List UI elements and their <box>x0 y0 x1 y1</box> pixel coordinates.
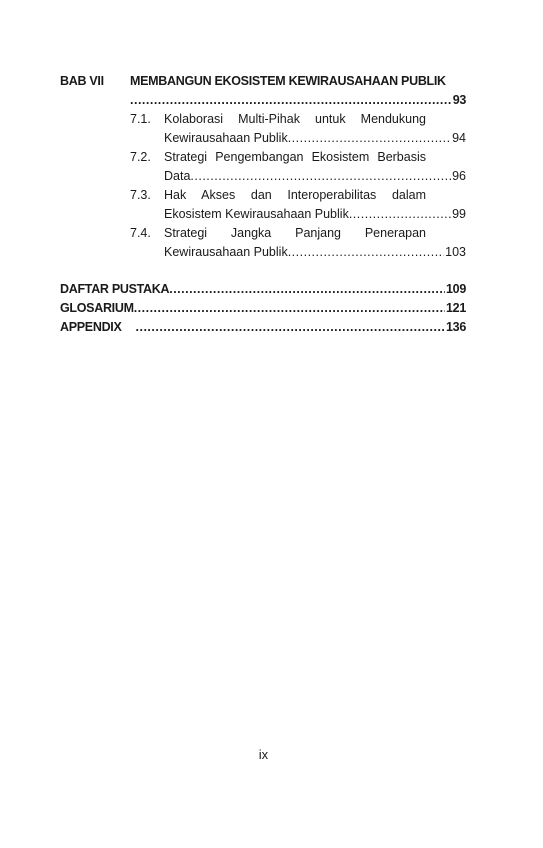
chapter-label: BAB VII <box>60 72 104 91</box>
section-title-line2: Kewirausahaan Publik <box>164 243 288 262</box>
dot-leader <box>288 243 444 262</box>
section-entry-7-3-cont: Ekosistem Kewirausahaan Publik 99 <box>60 205 466 224</box>
section-entry-7-1-cont: Kewirausahaan Publik 94 <box>60 129 466 148</box>
section-page: 103 <box>444 243 466 262</box>
chapter-title: MEMBANGUN EKOSISTEM KEWIRAUSAHAAN PUBLIK <box>130 72 446 91</box>
section-title-line1: Hak Akses dan Interoperabilitas dalam <box>164 186 426 205</box>
dot-leader <box>136 318 446 337</box>
dot-leader <box>349 205 451 224</box>
back-matter-page: 121 <box>445 299 466 318</box>
back-matter-label: GLOSARIUM <box>60 299 134 318</box>
section-title-line1: Strategi Pengembangan Ekosistem Berbasis <box>164 148 426 167</box>
dot-leader <box>288 129 451 148</box>
section-entry-7-2: 7.2. Strategi Pengembangan Ekosistem Ber… <box>60 148 466 167</box>
section-title-line2: Data <box>164 167 190 186</box>
section-title-line2: Ekosistem Kewirausahaan Publik <box>164 205 349 224</box>
chapter-leader: 93 <box>130 91 466 110</box>
section-number: 7.2. <box>130 148 151 167</box>
section-number: 7.4. <box>130 224 151 243</box>
back-matter-label: DAFTAR PUSTAKA <box>60 280 169 299</box>
chapter-leader-row: 93 <box>60 91 466 110</box>
dot-leader <box>134 299 445 318</box>
section-number: 7.3. <box>130 186 151 205</box>
section-entry-7-4-cont: Kewirausahaan Publik 103 <box>60 243 466 262</box>
section-entry-7-4: 7.4. Strategi Jangka Panjang Penerapan <box>60 224 466 243</box>
back-matter-label: APPENDIX <box>60 318 122 337</box>
section-title-line1: Kolaborasi Multi-Pihak untuk Mendukung <box>164 110 426 129</box>
section-page: 96 <box>451 167 466 186</box>
table-of-contents: BAB VII MEMBANGUN EKOSISTEM KEWIRAUSAHAA… <box>60 72 466 337</box>
spacer <box>60 262 466 280</box>
section-entry-7-2-cont: Data 96 <box>60 167 466 186</box>
back-matter-entry-daftar-pustaka: DAFTAR PUSTAKA 109 <box>60 280 466 299</box>
dot-leader <box>130 91 452 110</box>
section-page: 99 <box>451 205 466 224</box>
page-number: ix <box>0 747 527 762</box>
back-matter-entry-appendix: APPENDIX 136 <box>60 318 466 337</box>
dot-leader <box>190 167 451 186</box>
back-matter-page: 109 <box>445 280 466 299</box>
chapter-page: 93 <box>452 91 466 110</box>
section-title-line2: Kewirausahaan Publik <box>164 129 288 148</box>
back-matter-entry-glosarium: GLOSARIUM 121 <box>60 299 466 318</box>
back-matter-page: 136 <box>445 318 466 337</box>
section-page: 94 <box>451 129 466 148</box>
section-entry-7-1: 7.1. Kolaborasi Multi-Pihak untuk Menduk… <box>60 110 466 129</box>
section-number: 7.1. <box>130 110 151 129</box>
chapter-heading-row: BAB VII MEMBANGUN EKOSISTEM KEWIRAUSAHAA… <box>60 72 466 91</box>
dot-leader <box>169 280 445 299</box>
section-title-line1: Strategi Jangka Panjang Penerapan <box>164 224 426 243</box>
section-entry-7-3: 7.3. Hak Akses dan Interoperabilitas dal… <box>60 186 466 205</box>
